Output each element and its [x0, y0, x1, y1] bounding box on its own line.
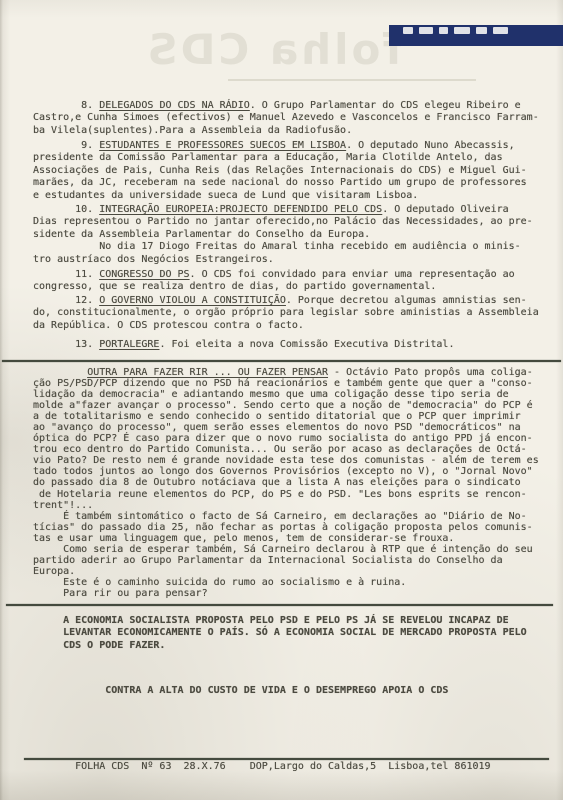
document-line: A ECONOMIA SOCIALISTA PROPOSTA PELO PSD …	[33, 615, 527, 627]
text-run: tro austríaco dos Negócios Estrangeiros.	[33, 254, 274, 265]
text-run: 8.	[33, 100, 99, 111]
text-run: partido aderir ao Grupo Parlamentar da I…	[33, 555, 503, 566]
document-line: trou eco dentro do Partido Comunista... …	[33, 444, 539, 455]
horizontal-rule	[6, 604, 553, 606]
document-line: do, constitucionalmente, o orgão próprio…	[33, 307, 539, 319]
document-line: Este é o caminho suicida do rumo ao soci…	[33, 577, 539, 588]
document-line: marães, da JC, receberam na sede naciona…	[33, 177, 527, 189]
text-run	[33, 367, 87, 378]
horizontal-rule	[2, 360, 561, 362]
document-line: LEVANTAR ECONOMICAMENTE O PAÍS. SÓ A ECO…	[33, 627, 527, 639]
text-run: óptica do PCP? É caso para dizer que o n…	[33, 433, 533, 444]
text-run: trou eco dentro do Partido Comunista... …	[33, 444, 527, 455]
document-line: lidação da democracia" e adiantando mesm…	[33, 389, 539, 400]
text-run: trent"!...	[33, 500, 93, 511]
document-line: da República. O CDS protescou contra o f…	[33, 320, 539, 332]
document-line: óptica do PCP? É caso para dizer que o n…	[33, 433, 539, 444]
underlined-heading: ESTUDANTES E PROFESSORES SUECOS EM LISBO…	[99, 140, 346, 151]
document-line: 12. O GOVERNO VIOLOU A CONSTITUIÇÃO. Por…	[33, 295, 539, 307]
document-line: partido aderir ao Grupo Parlamentar da I…	[33, 555, 539, 566]
text-run: congresso, que se realiza dentro de dias…	[33, 281, 436, 292]
slogan: CONTRA A ALTA DO CUSTO DE VIDA E O DESEM…	[33, 685, 448, 697]
underlined-heading: CONGRESSO DO PS	[99, 269, 189, 280]
horizontal-rule	[24, 758, 549, 760]
text-run: 12.	[33, 295, 99, 306]
section-outra-para-fazer-rir: OUTRA PARA FAZER RIR ... OU FAZER PENSAR…	[33, 367, 539, 599]
paragraph-11: 11. CONGRESSO DO PS. O CDS foi convidado…	[33, 269, 515, 294]
text-run: vio Pato? De resto nem é grande novidade…	[33, 455, 539, 466]
document-line: Dias representou o Partido no jantar ofe…	[33, 216, 533, 228]
text-run: . Foi eleita a nova Comissão Executiva D…	[159, 339, 454, 350]
text-run: molde a"fazer avançar o processo". Sendo…	[33, 400, 533, 411]
text-run: tado todos juntos ao longo dos Governos …	[33, 466, 533, 477]
document-line: Como seria de esperar também, Sá Carneir…	[33, 544, 539, 555]
paragraph-13: 13. PORTALEGRE. Foi eleita a nova Comiss…	[33, 339, 454, 351]
text-run: - Octávio Pato propôs uma coliga-	[328, 367, 533, 378]
text-run: tícias" do passado dia 25, não fechar as…	[33, 522, 533, 533]
emphasis-economia: A ECONOMIA SOCIALISTA PROPOSTA PELO PSD …	[33, 615, 527, 652]
document-line: OUTRA PARA FAZER RIR ... OU FAZER PENSAR…	[33, 367, 539, 378]
underlined-heading: DELEGADOS DO CDS NA RÁDIO	[99, 100, 250, 111]
text-run: CONTRA A ALTA DO CUSTO DE VIDA E O DESEM…	[33, 685, 448, 696]
banner-glyph-fragment	[403, 27, 413, 34]
document-line: tícias" do passado dia 25, não fechar as…	[33, 522, 539, 533]
text-run: Para rir ou para pensar?	[33, 588, 208, 599]
text-run: presidente da Comissão Parlamentar para …	[33, 152, 503, 163]
document-line: 13. PORTALEGRE. Foi eleita a nova Comiss…	[33, 339, 454, 351]
text-run: da República. O CDS protescou contra o f…	[33, 320, 304, 331]
text-run: do passado dia 8 de Outubro notáciava qu…	[33, 477, 521, 488]
document-line: a de totalitarismo e sendo conhecido o s…	[33, 411, 539, 422]
top-right-banner	[389, 25, 563, 46]
banner-glyph-fragment	[493, 27, 508, 34]
document-line: sidente da Assembleia Parlamentar do Con…	[33, 229, 533, 241]
text-run: 11.	[33, 269, 99, 280]
text-run: . Porque decretou algumas amnistias sen-	[286, 295, 527, 306]
text-run: . O Grupo Parlamentar do CDS elegeu Ribe…	[250, 100, 521, 111]
document-line: congresso, que se realiza dentro de dias…	[33, 281, 515, 293]
text-run: lidação da democracia" e adiantando mesm…	[33, 389, 509, 400]
document-line: ao "avanço do processo", quem serão esse…	[33, 422, 539, 433]
text-run: . O CDS foi convidado para enviar uma re…	[190, 269, 515, 280]
document-line: CONTRA A ALTA DO CUSTO DE VIDA E O DESEM…	[33, 685, 448, 697]
underlined-heading: PORTALEGRE	[99, 339, 159, 350]
document-line: Castro,e Cunha Simoes (efectivos) e Manu…	[33, 112, 539, 124]
text-run: LEVANTAR ECONOMICAMENTE O PAÍS. SÓ A ECO…	[33, 627, 527, 638]
text-run: CDS O PODE FAZER.	[33, 640, 165, 651]
footer-imprint: FOLHA CDS Nº 63 28.X.76 DOP,Largo do Cal…	[33, 761, 491, 773]
document-line: FOLHA CDS Nº 63 28.X.76 DOP,Largo do Cal…	[33, 761, 491, 773]
text-run: ba Vilela(suplentes).Para a Assembleia d…	[33, 125, 352, 136]
text-run: Europa.	[33, 566, 75, 577]
text-run: marães, da JC, receberam na sede naciona…	[33, 177, 527, 188]
text-run: 10.	[33, 204, 99, 215]
document-line: É também sintomático o facto de Sá Carne…	[33, 511, 539, 522]
document-line: do passado dia 8 de Outubro notáciava qu…	[33, 477, 539, 488]
document-line: tado todos juntos ao longo dos Governos …	[33, 466, 539, 477]
text-run: 13.	[33, 339, 99, 350]
underlined-heading: OUTRA PARA FAZER RIR ... OU FAZER PENSAR	[87, 367, 328, 378]
document-line: ba Vilela(suplentes).Para a Assembleia d…	[33, 125, 539, 137]
document-line: e estudantes da universidade sueca de Lu…	[33, 190, 527, 202]
text-run: FOLHA CDS Nº 63 28.X.76 DOP,Largo do Cal…	[33, 761, 491, 772]
banner-glyph-fragment	[476, 27, 487, 34]
document-line: Europa.	[33, 566, 539, 577]
document-line: No dia 17 Diogo Freitas do Amaral tinha …	[33, 241, 533, 253]
text-run: No dia 17 Diogo Freitas do Amaral tinha …	[33, 241, 521, 252]
document-line: 11. CONGRESSO DO PS. O CDS foi convidado…	[33, 269, 515, 281]
text-run: 9.	[33, 140, 99, 151]
document-line: ção PS/PSD/PCP dizendo que no PSD há rea…	[33, 378, 539, 389]
text-run: Como seria de esperar também, Sá Carneir…	[33, 544, 533, 555]
paragraph-8: 8. DELEGADOS DO CDS NA RÁDIO. O Grupo Pa…	[33, 100, 539, 137]
text-run: . O deputado Oliveira	[382, 204, 508, 215]
text-run: É também sintomático o facto de Sá Carne…	[33, 511, 527, 522]
document-line: CDS O PODE FAZER.	[33, 640, 527, 652]
paragraph-10: 10. INTEGRAÇÃO EUROPEIA:PROJECTO DEFENDI…	[33, 204, 533, 266]
underlined-heading: O GOVERNO VIOLOU A CONSTITUIÇÃO	[99, 295, 286, 306]
document-line: molde a"fazer avançar o processo". Sendo…	[33, 400, 539, 411]
text-run: tas e usar uma linguagem que, pelo menos…	[33, 533, 454, 544]
text-run: do, constitucionalmente, o orgão próprio…	[33, 307, 539, 318]
text-run: Este é o caminho suicida do rumo ao soci…	[33, 577, 406, 588]
bleedthrough-logo-underline	[228, 79, 476, 81]
document-line: 9. ESTUDANTES E PROFESSORES SUECOS EM LI…	[33, 140, 527, 152]
paragraph-9: 9. ESTUDANTES E PROFESSORES SUECOS EM LI…	[33, 140, 527, 202]
document-line: Para rir ou para pensar?	[33, 588, 539, 599]
text-run: a de totalitarismo e sendo conhecido o s…	[33, 411, 521, 422]
text-run: e estudantes da universidade sueca de Lu…	[33, 190, 418, 201]
document-line: Associações de Pais, Cunha Reis (das Rel…	[33, 165, 527, 177]
banner-glyph-fragment	[419, 27, 433, 34]
underlined-heading: INTEGRAÇÃO EUROPEIA:PROJECTO DEFENDIDO P…	[99, 204, 382, 215]
document-line: vio Pato? De resto nem é grande novidade…	[33, 455, 539, 466]
document-line: trent"!...	[33, 500, 539, 511]
document-page: folha CDS 8. DELEGADOS DO CDS NA RÁDIO. …	[0, 0, 563, 800]
document-line: presidente da Comissão Parlamentar para …	[33, 152, 527, 164]
banner-glyph-fragment	[454, 27, 470, 34]
paragraph-12: 12. O GOVERNO VIOLOU A CONSTITUIÇÃO. Por…	[33, 295, 539, 332]
document-line: tas e usar uma linguagem que, pelo menos…	[33, 533, 539, 544]
text-run: ao "avanço do processo", quem serão esse…	[33, 422, 521, 433]
banner-glyph-fragment	[439, 27, 448, 34]
text-run: A ECONOMIA SOCIALISTA PROPOSTA PELO PSD …	[33, 615, 509, 626]
text-run: Dias representou o Partido no jantar ofe…	[33, 216, 533, 227]
text-run: Associações de Pais, Cunha Reis (das Rel…	[33, 165, 527, 176]
text-run: Castro,e Cunha Simoes (efectivos) e Manu…	[33, 112, 539, 123]
document-line: 8. DELEGADOS DO CDS NA RÁDIO. O Grupo Pa…	[33, 100, 539, 112]
text-run: . O deputado Nuno Abecassis,	[346, 140, 515, 151]
text-run: ção PS/PSD/PCP dizendo que no PSD há rea…	[33, 378, 533, 389]
document-line: tro austríaco dos Negócios Estrangeiros.	[33, 254, 533, 266]
text-run: de Hotelaria reune elementos do PCP, do …	[33, 489, 527, 500]
document-line: de Hotelaria reune elementos do PCP, do …	[33, 489, 539, 500]
document-line: 10. INTEGRAÇÃO EUROPEIA:PROJECTO DEFENDI…	[33, 204, 533, 216]
text-run: sidente da Assembleia Parlamentar do Con…	[33, 229, 370, 240]
